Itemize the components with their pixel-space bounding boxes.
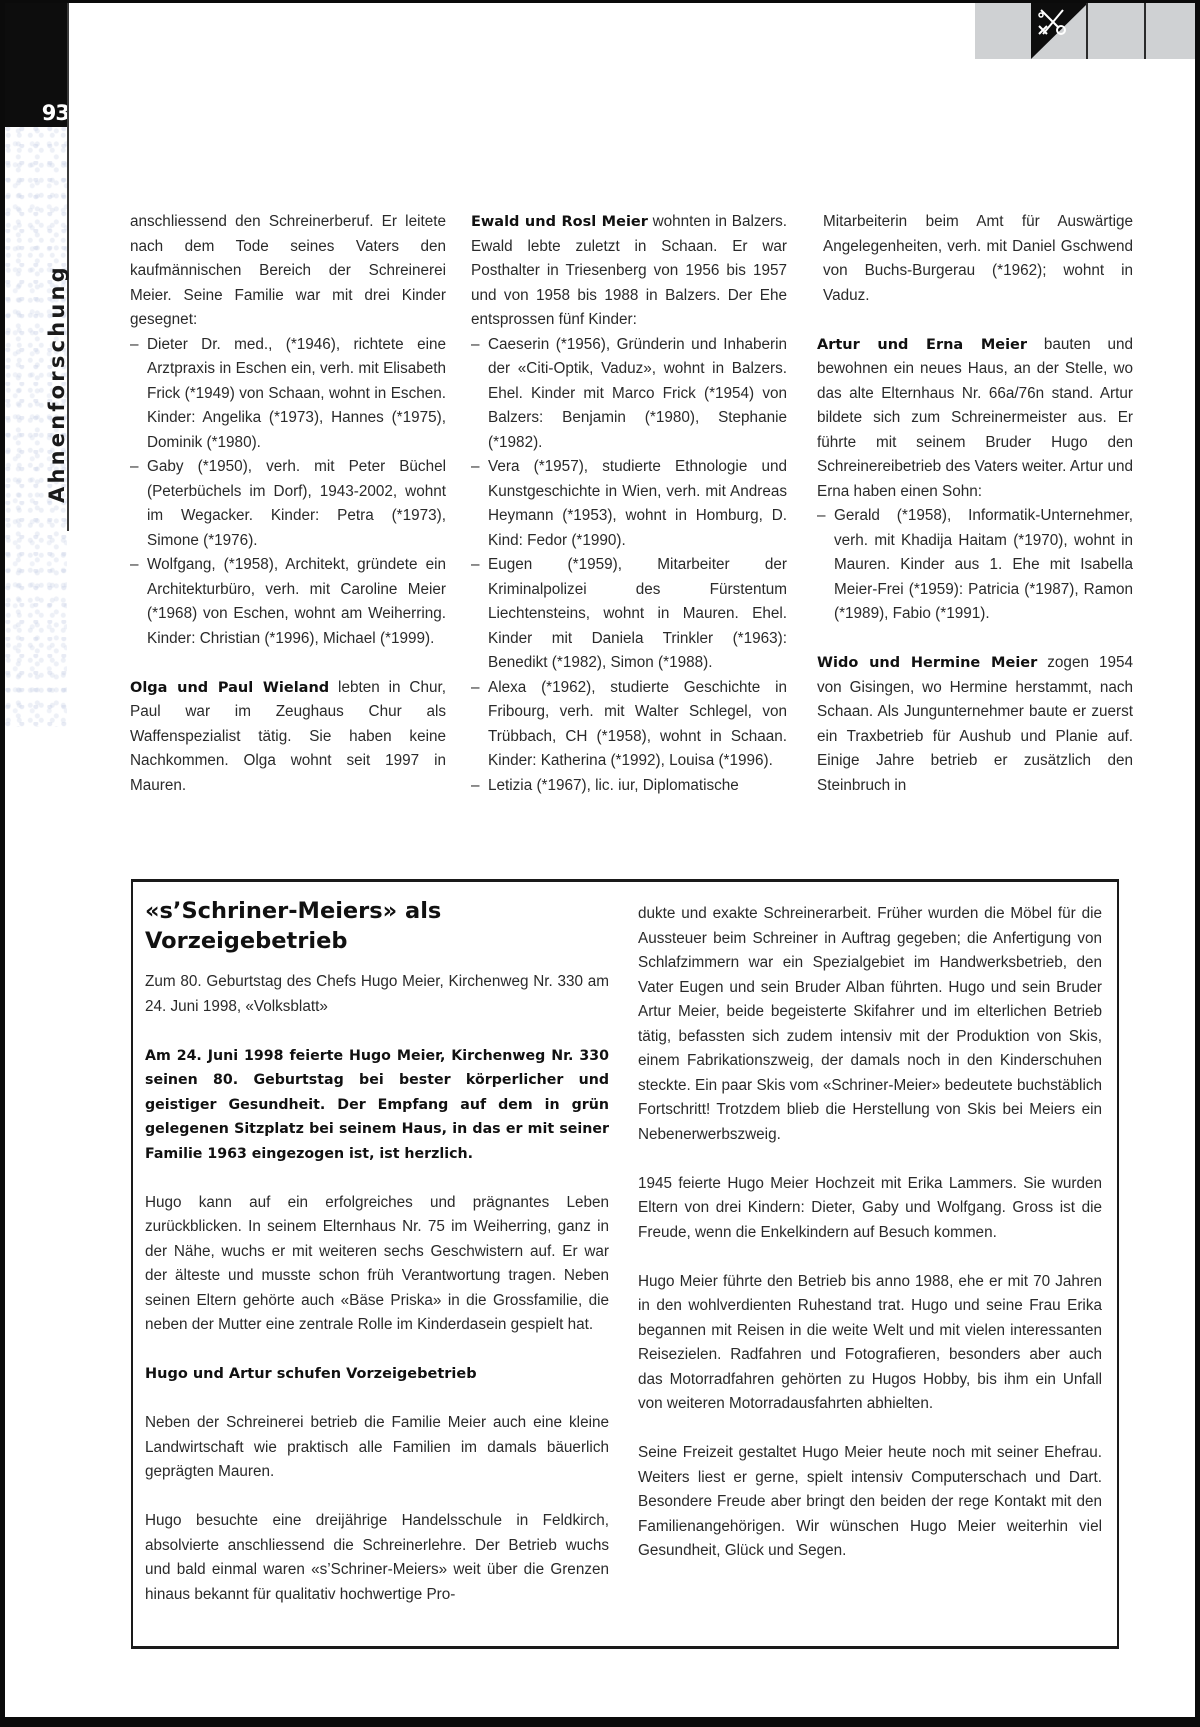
text-column-2: Ewald und Rosl Meier wohnten in Balzers.… [471, 210, 787, 798]
article-title: «s’Schriner-Meiers» als Vorzeigebetrieb [145, 896, 609, 956]
chapter-tab-strip [975, 3, 1195, 59]
list-item: Vera (*1957), studierte Ethnologie und K… [471, 455, 787, 553]
chapter-tab-blank [975, 3, 1031, 59]
paragraph: Wido und Hermine Meier zogen 1954 von Gi… [817, 651, 1133, 798]
paragraph: Hugo besuchte eine dreijährige Handelssc… [145, 1509, 609, 1607]
section-label: Ahnenforschung [45, 264, 69, 503]
document-page: 93 Ahnenforschung anschliessend den Schr… [5, 3, 1195, 1717]
paragraph: anschliessend den Schreinerberuf. Er lei… [130, 210, 446, 333]
list-item: Caeserin (*1956), Gründerin und Inhaberi… [471, 333, 787, 456]
list-item: Dieter Dr. med., (*1946), richtete eine … [130, 333, 446, 456]
paragraph: 1945 feierte Hugo Meier Hochzeit mit Eri… [638, 1172, 1102, 1246]
chapter-tab-blank [1146, 3, 1195, 59]
article-column-right: dukte und exakte Schreinerarbeit. Früher… [638, 902, 1102, 1588]
text-column-3: Mitarbeiterin beim Amt für Auswärtige An… [817, 210, 1133, 798]
article-source: Zum 80. Geburtstag des Chefs Hugo Meier,… [145, 970, 609, 1019]
paragraph: dukte und exakte Schreinerarbeit. Früher… [638, 902, 1102, 1147]
article-subheading: Hugo und Artur schufen Vorzeigebetrieb [145, 1362, 609, 1387]
paragraph: Mitarbeiterin beim Amt für Auswärtige An… [817, 210, 1133, 308]
list-item: Alexa (*1962), studierte Geschichte in F… [471, 676, 787, 774]
paragraph: Olga und Paul Wieland lebten in Chur, Pa… [130, 676, 446, 799]
children-list: Dieter Dr. med., (*1946), richtete eine … [130, 333, 446, 652]
family-name: Olga und Paul Wieland [130, 680, 329, 696]
article-lead: Am 24. Juni 1998 feierte Hugo Meier, Kir… [145, 1044, 609, 1167]
list-item: Eugen (*1959), Mitarbeiter der Kriminalp… [471, 553, 787, 676]
family-name: Wido und Hermine Meier [817, 655, 1037, 671]
article-column-left: «s’Schriner-Meiers» als Vorzeigebetrieb … [145, 896, 609, 1632]
paragraph: Seine Freizeit gestaltet Hugo Meier heut… [638, 1441, 1102, 1564]
paragraph: Hugo Meier führte den Betrieb bis anno 1… [638, 1270, 1102, 1417]
chapter-tab-active [1031, 3, 1088, 59]
family-name: Artur und Erna Meier [817, 337, 1027, 353]
list-item: Wolfgang, (*1958), Architekt, gründete e… [130, 553, 446, 651]
text-column-1: anschliessend den Schreinerberuf. Er lei… [130, 210, 446, 798]
paragraph: Artur und Erna Meier bauten und bewohnen… [817, 333, 1133, 505]
paragraph: Ewald und Rosl Meier wohnten in Balzers.… [471, 210, 787, 333]
article-box: «s’Schriner-Meiers» als Vorzeigebetrieb … [131, 879, 1119, 1649]
list-item: Letizia (*1967), lic. iur, Diplomatische [471, 774, 787, 799]
children-list: Gerald (*1958), Informatik-Unternehmer, … [817, 504, 1133, 627]
children-list: Caeserin (*1956), Gründerin und Inhaberi… [471, 333, 787, 799]
list-item: Gaby (*1950), verh. mit Peter Büchel (Pe… [130, 455, 446, 553]
page-number: 93 [35, 101, 69, 125]
paragraph: Hugo kann auf ein erfolgreiches und präg… [145, 1191, 609, 1338]
chapter-tab-blank [1088, 3, 1146, 59]
family-name: Ewald und Rosl Meier [471, 214, 648, 230]
list-item: Gerald (*1958), Informatik-Unternehmer, … [817, 504, 1133, 627]
paragraph: Neben der Schreinerei betrieb die Famili… [145, 1411, 609, 1485]
scissors-icon [1035, 6, 1069, 40]
